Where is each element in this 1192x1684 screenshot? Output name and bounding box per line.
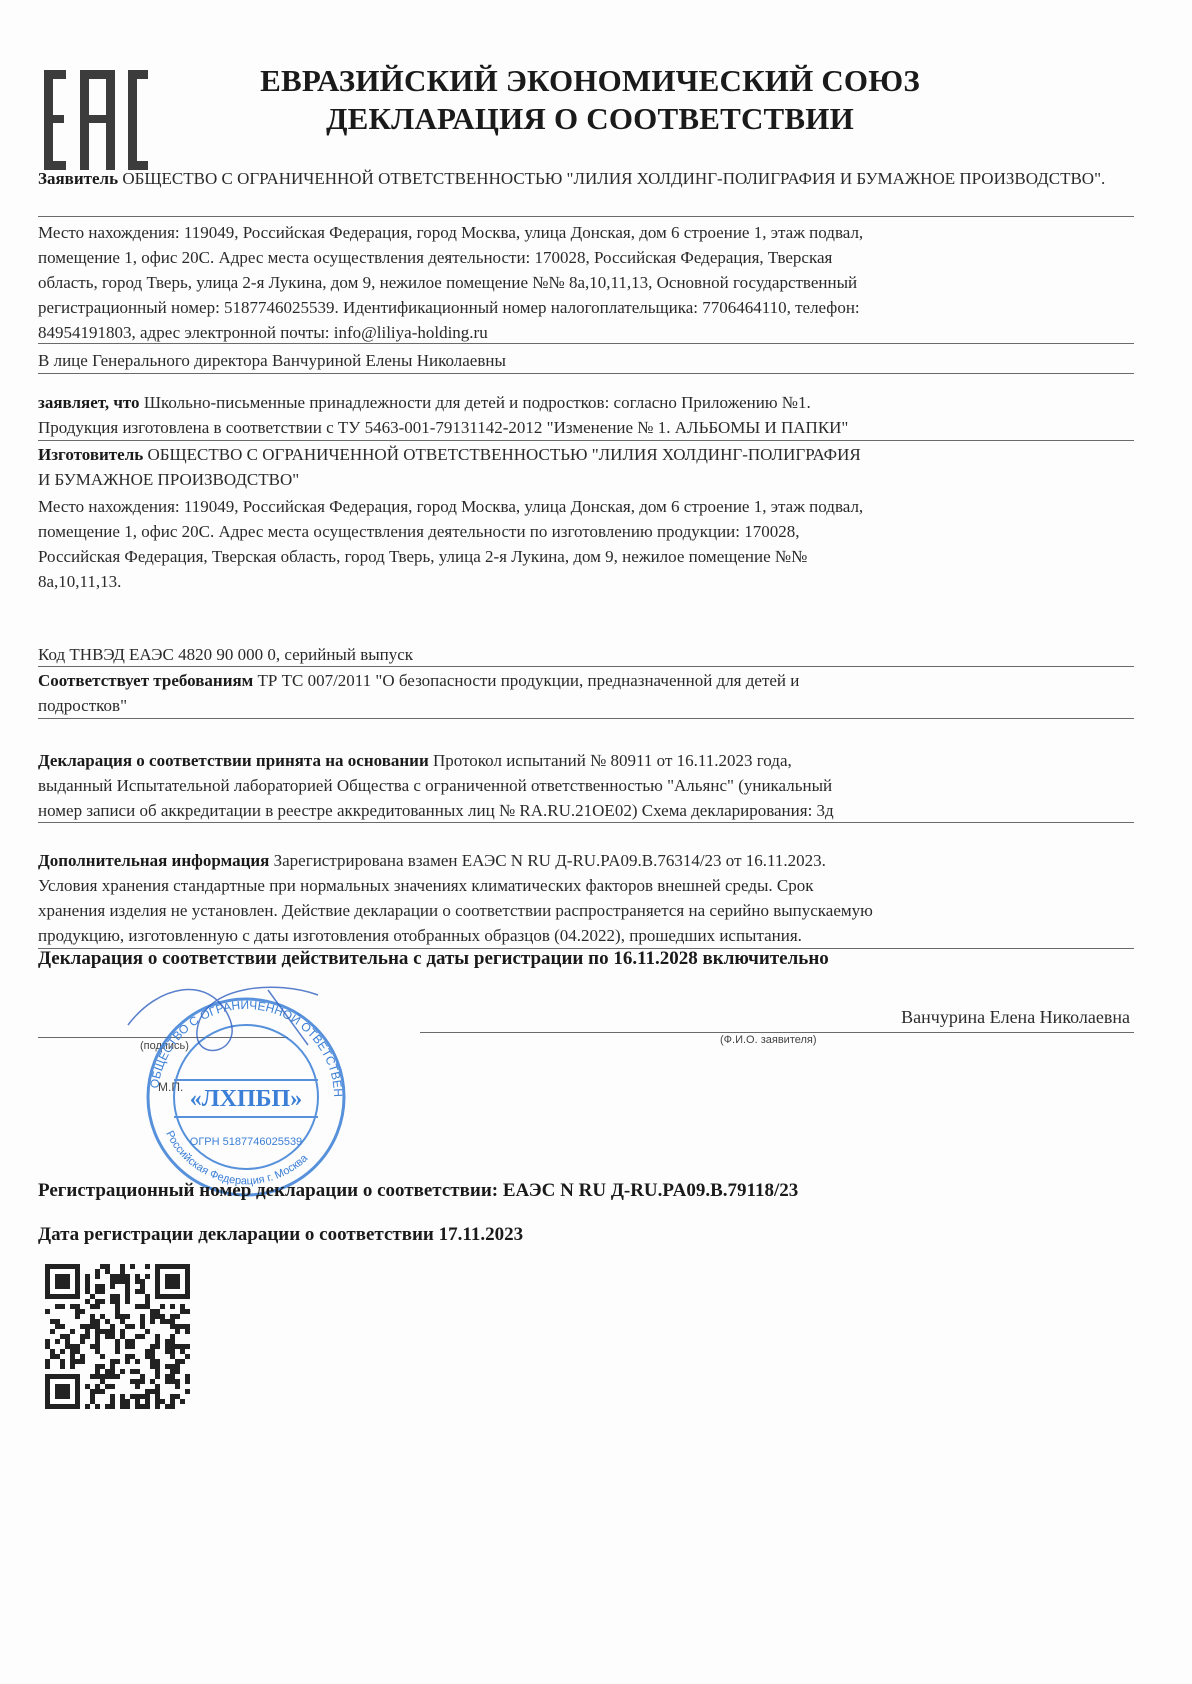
registration-date-row: Дата регистрации декларации о соответств…	[38, 1224, 523, 1246]
divider	[38, 822, 1134, 823]
signature-scribble-icon	[128, 987, 318, 1050]
address-line: Место нахождения: 119049, Российская Фед…	[38, 220, 1132, 245]
basis-section: Декларация о соответствии принята на осн…	[38, 748, 1132, 823]
additional-text: Условия хранения стандартные при нормаль…	[38, 873, 1132, 898]
registration-number: ЕАЭС N RU Д-RU.PA09.B.79118/23	[503, 1180, 798, 1201]
basis-text: Протокол испытаний № 80911 от 16.11.2023…	[433, 751, 792, 770]
registration-date: 17.11.2023	[439, 1224, 523, 1245]
registration-date-label: Дата регистрации декларации о соответств…	[38, 1224, 434, 1245]
divider	[38, 216, 1134, 217]
title-line-1: ЕВРАЗИЙСКИЙ ЭКОНОМИЧЕСКИЙ СОЮЗ	[240, 62, 940, 100]
address-line: регистрационный номер: 5187746025539. Ид…	[38, 295, 1132, 320]
basis-text: выданный Испытательной лабораторией Обще…	[38, 773, 1132, 798]
declaration-page: ЕВРАЗИЙСКИЙ ЭКОНОМИЧЕСКИЙ СОЮЗ ДЕКЛАРАЦИ…	[0, 0, 1192, 1684]
applicant-address: Место нахождения: 119049, Российская Фед…	[38, 220, 1132, 345]
applicant-label: Заявитель	[38, 169, 118, 188]
document-title: ЕВРАЗИЙСКИЙ ЭКОНОМИЧЕСКИЙ СОЮЗ ДЕКЛАРАЦИ…	[240, 62, 940, 138]
divider	[38, 718, 1134, 719]
divider	[38, 343, 1134, 344]
validity-statement: Декларация о соответствии действительна …	[38, 948, 829, 970]
registration-number-row: Регистрационный номер декларации о соотв…	[38, 1180, 798, 1202]
product-code: Код ТНВЭД ЕАЭС 4820 90 000 0, серийный в…	[38, 642, 1132, 667]
eac-logo-icon	[40, 70, 150, 170]
additional-text: Зарегистрирована взамен ЕАЭС N RU Д-RU.P…	[274, 851, 826, 870]
address-line: помещение 1, офис 20С. Адрес места осуще…	[38, 245, 1132, 270]
stamp-ogrn: ОГРН 5187746025539	[190, 1136, 302, 1148]
address-line: помещение 1, офис 20С. Адрес места осуще…	[38, 519, 1132, 544]
manufacturer-label: Изготовитель	[38, 445, 143, 464]
address-line: 8а,10,11,13.	[38, 569, 1132, 594]
additional-info-section: Дополнительная информация Зарегистрирова…	[38, 848, 1132, 948]
declares-label: заявляет, что	[38, 393, 140, 412]
conformity-label: Соответствует требованиям	[38, 671, 253, 690]
manufacturer-name-cont: И БУМАЖНОЕ ПРОИЗВОДСТВО"	[38, 467, 1132, 492]
manufacturer-section: Изготовитель ОБЩЕСТВО С ОГРАНИЧЕННОЙ ОТВ…	[38, 442, 1132, 594]
divider	[38, 666, 1134, 667]
signer-caption: (Ф.И.О. заявителя)	[720, 1034, 817, 1046]
product-spec: Продукция изготовлена в соответствии с Т…	[38, 415, 1132, 440]
conformity-text-cont: подростков"	[38, 693, 1132, 718]
address-line: 84954191803, адрес электронной почты: in…	[38, 320, 1132, 345]
conformity-text: ТР ТС 007/2011 "О безопасности продукции…	[258, 671, 800, 690]
product-description: Школьно-письменные принадлежности для де…	[144, 393, 811, 412]
basis-label: Декларация о соответствии принята на осн…	[38, 751, 429, 770]
divider	[38, 440, 1134, 441]
applicant-section: Заявитель ОБЩЕСТВО С ОГРАНИЧЕННОЙ ОТВЕТС…	[38, 166, 1132, 191]
additional-info-label: Дополнительная информация	[38, 851, 269, 870]
basis-text: номер записи об аккредитации в реестре а…	[38, 798, 1132, 823]
additional-text: продукцию, изготовленную с даты изготовл…	[38, 923, 1132, 948]
registration-number-label: Регистрационный номер декларации о соотв…	[38, 1180, 498, 1201]
signer-name-line	[420, 1032, 1134, 1033]
applicant-name: ОБЩЕСТВО С ОГРАНИЧЕННОЙ ОТВЕТСТВЕННОСТЬЮ…	[122, 169, 1105, 188]
representative: В лице Генерального директора Ванчуриной…	[38, 348, 1132, 373]
stamp-center-text: «ЛХПБП»	[190, 1086, 302, 1112]
company-stamp: «ЛХПБП» ОБЩЕСТВО С ОГРАНИЧЕННОЙ ОТВЕТСТВ…	[118, 985, 358, 1200]
address-line: область, город Тверь, улица 2-я Лукина, …	[38, 270, 1132, 295]
conformity-section: Соответствует требованиям ТР ТС 007/2011…	[38, 668, 1132, 718]
declares-section: заявляет, что Школьно-письменные принадл…	[38, 390, 1132, 440]
address-line: Место нахождения: 119049, Российская Фед…	[38, 494, 1132, 519]
divider	[38, 373, 1134, 374]
manufacturer-name: ОБЩЕСТВО С ОГРАНИЧЕННОЙ ОТВЕТСТВЕННОСТЬЮ…	[147, 445, 860, 464]
address-line: Российская Федерация, Тверская область, …	[38, 544, 1132, 569]
additional-text: хранения изделия не установлен. Действие…	[38, 898, 1132, 923]
signer-name: Ванчурина Елена Николаевна	[901, 1007, 1130, 1028]
qr-code-icon[interactable]	[45, 1264, 190, 1459]
title-line-2: ДЕКЛАРАЦИЯ О СООТВЕТСТВИИ	[240, 100, 940, 138]
